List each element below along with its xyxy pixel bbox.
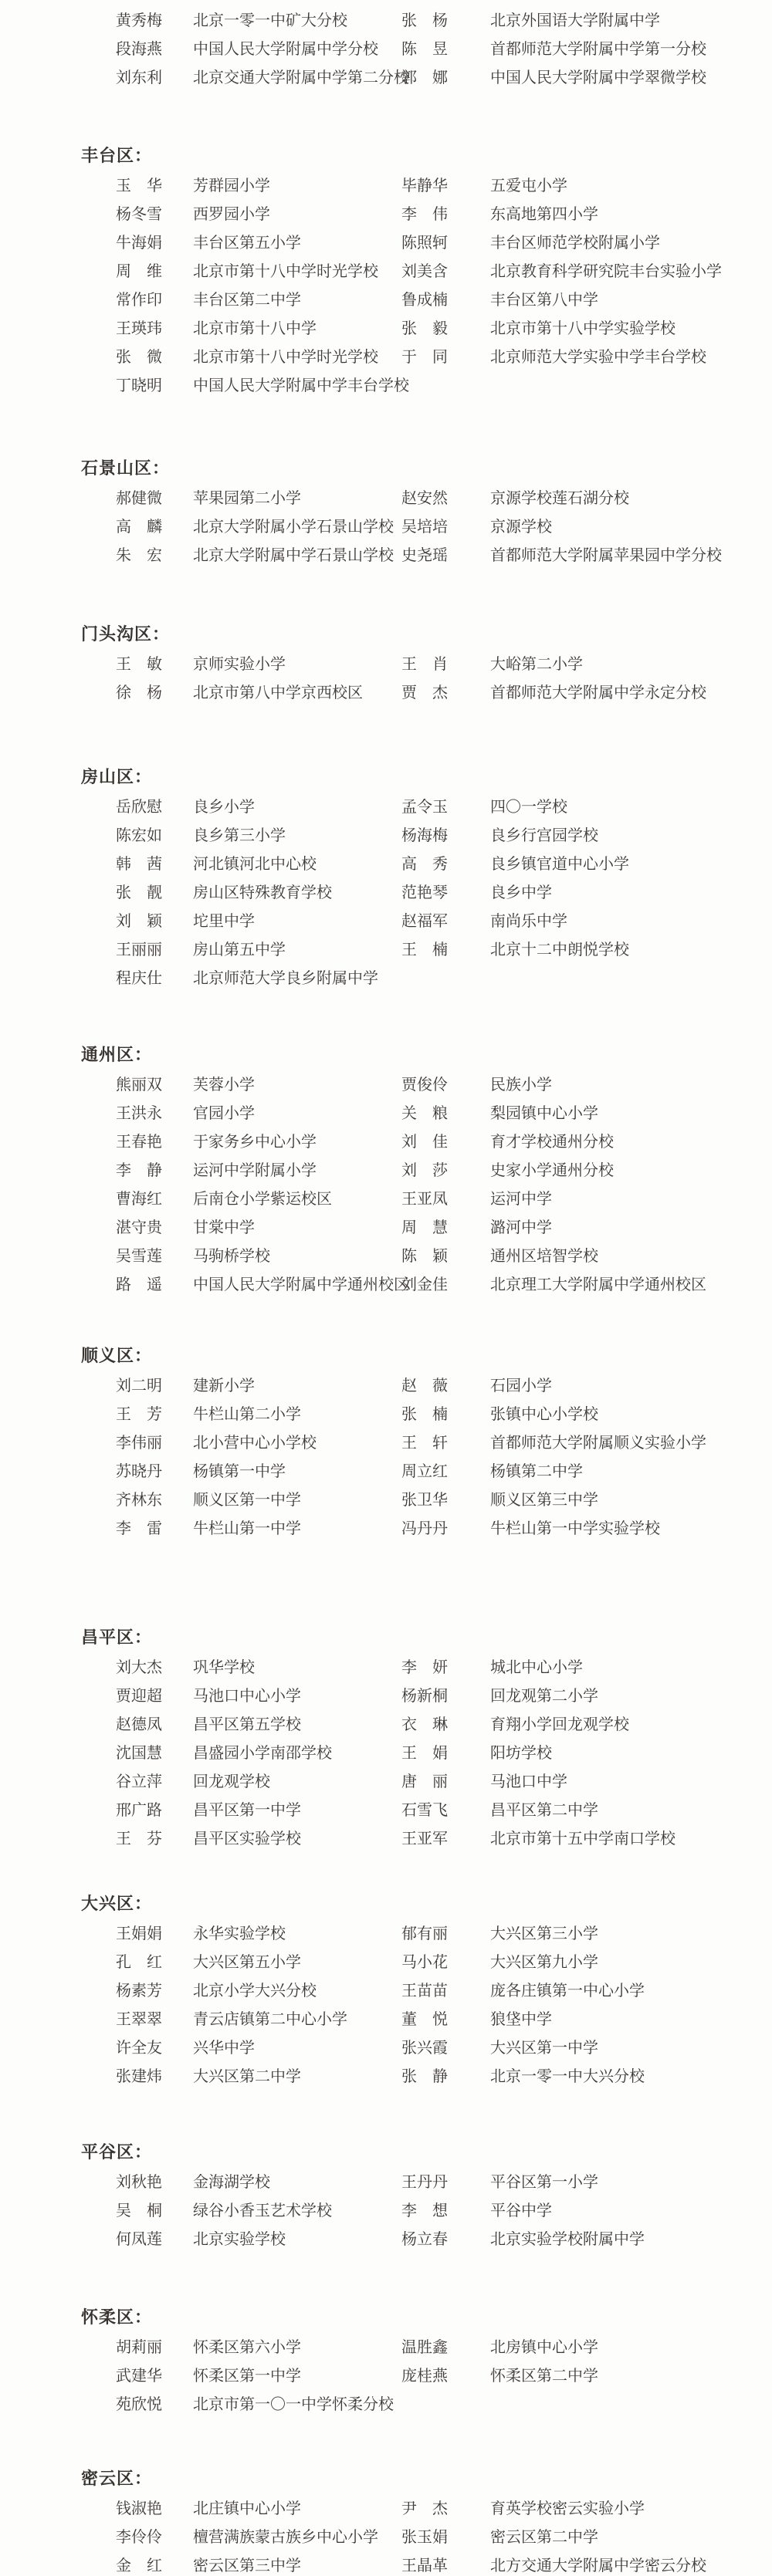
teacher-name-left: 刘 颖: [116, 907, 162, 935]
table-row: 丁晓明 中国人民大学附属中学丰台学校: [0, 371, 772, 400]
school-name-right: 昌平区第二中学: [490, 1796, 598, 1824]
teacher-name-left: 王春艳: [116, 1127, 162, 1156]
table-row: 金 红 密云区第三中学 王晶革 北方交通大学附属中学密云分校: [0, 2551, 772, 2576]
table-row: 贾迎超 马池口中心小学 杨新桐 回龙观第二小学: [0, 1682, 772, 1710]
teacher-name-left: 王瑛玮: [116, 314, 162, 343]
school-name-right: 北京一零一中大兴分校: [490, 2062, 645, 2091]
teacher-name-left: 岳欣慰: [116, 793, 162, 821]
teacher-name-left: 吴雪莲: [116, 1242, 162, 1270]
school-name-left: 建新小学: [193, 1371, 255, 1400]
district-section: 房山区： 岳欣慰 良乡小学 孟令玉 四〇一学校 陈宏如 良乡第三小学 杨海梅 良…: [0, 764, 772, 992]
school-name-right: 首都师范大学附属中学第一分校: [490, 35, 706, 63]
school-name-left: 昌平区实验学校: [193, 1824, 301, 1853]
school-name-right: 东高地第四小学: [490, 200, 598, 228]
table-row: 邢广路 昌平区第一中学 石雪飞 昌平区第二中学: [0, 1796, 772, 1824]
school-name-right: 中国人民大学附属中学翠微学校: [490, 63, 706, 92]
table-row: 吴雪莲 马驹桥学校 陈 颖 通州区培智学校: [0, 1242, 772, 1270]
teacher-name-right: 李 妍: [401, 1653, 448, 1682]
teacher-name-left: 王翠翠: [116, 2005, 162, 2033]
teacher-name-left: 陈宏如: [116, 821, 162, 850]
teacher-name-right: 王 肖: [401, 650, 448, 678]
teacher-name-right: 贾俊伶: [401, 1070, 448, 1099]
teacher-name-right: 张 毅: [401, 314, 448, 343]
table-row: 张建炜 大兴区第二中学 张 静 北京一零一中大兴分校: [0, 2062, 772, 2091]
school-name-right: 大兴区第九小学: [490, 1948, 598, 1976]
teacher-name-left: 程庆仕: [116, 964, 162, 992]
teacher-name-left: 刘大杰: [116, 1653, 162, 1682]
table-row: 曹海红 后南仓小学紫运校区 王亚凤 运河中学: [0, 1185, 772, 1213]
district-header: 大兴区：: [81, 1891, 772, 1919]
teacher-name-left: 齐林东: [116, 1486, 162, 1514]
school-name-right: 大兴区第三小学: [490, 1919, 598, 1948]
school-name-right: 首都师范大学附属顺义实验小学: [490, 1428, 706, 1457]
school-name-left: 北京市第十八中学时光学校: [193, 257, 378, 286]
school-name-right: 民族小学: [490, 1070, 552, 1099]
table-row: 徐 杨 北京市第八中学京西校区 贾 杰 首都师范大学附属中学永定分校: [0, 678, 772, 707]
school-name-right: 北京实验学校附属中学: [490, 2225, 645, 2253]
district-rows: 黄秀梅 北京一零一中矿大分校 张 杨 北京外国语大学附属中学 段海燕 中国人民大…: [0, 6, 772, 92]
school-name-right: 张镇中心小学校: [490, 1400, 598, 1428]
table-row: 何凤莲 北京实验学校 杨立春 北京实验学校附属中学: [0, 2225, 772, 2253]
district-rows: 王娟娟 永华实验学校 郁有丽 大兴区第三小学 孔 红 大兴区第五小学 马小花 大…: [0, 1919, 772, 2091]
teacher-name-left: 湛守贵: [116, 1213, 162, 1242]
school-name-left: 大兴区第二中学: [193, 2062, 301, 2091]
table-row: 王 芳 牛栏山第二小学 张 楠 张镇中心小学校: [0, 1400, 772, 1428]
table-row: 李 静 运河中学附属小学 刘 莎 史家小学通州分校: [0, 1156, 772, 1185]
table-row: 黄秀梅 北京一零一中矿大分校 张 杨 北京外国语大学附属中学: [0, 6, 772, 35]
school-name-right: 北京市第十八中学实验学校: [490, 314, 675, 343]
teacher-name-right: 刘 佳: [401, 1127, 448, 1156]
district-header: 丰台区：: [81, 143, 772, 171]
teacher-name-left: 王娟娟: [116, 1919, 162, 1948]
teacher-name-left: 刘二明: [116, 1371, 162, 1400]
teacher-name-left: 张建炜: [116, 2062, 162, 2091]
school-name-right: 潞河中学: [490, 1213, 552, 1242]
school-name-right: 庞各庄镇第一中心小学: [490, 1976, 645, 2005]
table-row: 岳欣慰 良乡小学 孟令玉 四〇一学校: [0, 793, 772, 821]
teacher-name-right: 王亚军: [401, 1824, 448, 1853]
school-name-left: 丰台区第二中学: [193, 286, 301, 314]
district-rows: 刘二明 建新小学 赵 薇 石园小学 王 芳 牛栏山第二小学 张 楠 张镇中心小学…: [0, 1371, 772, 1543]
table-row: 陈宏如 良乡第三小学 杨海梅 良乡行宫园学校: [0, 821, 772, 850]
school-name-left: 昌平区第五学校: [193, 1710, 301, 1739]
school-name-left: 于家务乡中心小学: [193, 1127, 317, 1156]
school-name-right: 运河中学: [490, 1185, 552, 1213]
school-name-left: 苹果园第二小学: [193, 484, 301, 512]
school-name-right: 怀柔区第二中学: [490, 2361, 598, 2390]
school-name-left: 青云店镇第二中心小学: [193, 2005, 347, 2033]
teacher-name-left: 郝健微: [116, 484, 162, 512]
district-header: 石景山区：: [81, 455, 772, 484]
teacher-name-left: 张 靓: [116, 878, 162, 907]
school-name-right: 杨镇第二中学: [490, 1457, 583, 1486]
teacher-name-left: 李 雷: [116, 1514, 162, 1543]
table-row: 李伟丽 北小营中心小学校 王 轩 首都师范大学附属顺义实验小学: [0, 1428, 772, 1457]
teacher-name-left: 王 敏: [116, 650, 162, 678]
teacher-name-right: 刘美含: [401, 257, 448, 286]
school-name-left: 西罗园小学: [193, 200, 270, 228]
school-name-right: 良乡行宫园学校: [490, 821, 598, 850]
school-name-left: 中国人民大学附属中学通州校区: [193, 1270, 409, 1299]
teacher-name-left: 钱淑艳: [116, 2494, 162, 2523]
teacher-name-right: 董 悦: [401, 2005, 448, 2033]
teacher-name-left: 李伶伶: [116, 2523, 162, 2551]
table-row: 湛守贵 甘棠中学 周 慧 潞河中学: [0, 1213, 772, 1242]
teacher-name-left: 吴 桐: [116, 2196, 162, 2225]
teacher-name-right: 孟令玉: [401, 793, 448, 821]
teacher-name-right: 杨海梅: [401, 821, 448, 850]
table-row: 苏晓丹 杨镇第一中学 周立红 杨镇第二中学: [0, 1457, 772, 1486]
district-section: 大兴区： 王娟娟 永华实验学校 郁有丽 大兴区第三小学 孔 红 大兴区第五小学 …: [0, 1891, 772, 2091]
district-header: 怀柔区：: [81, 2304, 772, 2333]
teacher-name-left: 丁晓明: [116, 371, 162, 400]
school-name-right: 马池口中学: [490, 1767, 567, 1796]
school-name-right: 平谷区第一小学: [490, 2168, 598, 2196]
school-name-left: 北京大学附属小学石景山学校: [193, 512, 394, 541]
district-rows: 郝健微 苹果园第二小学 赵安然 京源学校莲石湖分校 高 麟 北京大学附属小学石景…: [0, 484, 772, 570]
table-row: 王丽丽 房山第五中学 王 楠 北京十二中朗悦学校: [0, 935, 772, 964]
teacher-name-left: 贾迎超: [116, 1682, 162, 1710]
table-row: 朱 宏 北京大学附属中学石景山学校 史尧瑶 首都师范大学附属苹果园中学分校: [0, 541, 772, 570]
teacher-name-left: 王洪永: [116, 1099, 162, 1127]
school-name-right: 育英学校密云实验小学: [490, 2494, 645, 2523]
school-name-right: 北方交通大学附属中学密云分校: [490, 2551, 706, 2576]
teacher-name-left: 王 芳: [116, 1400, 162, 1428]
table-row: 刘秋艳 金海湖学校 王丹丹 平谷区第一小学: [0, 2168, 772, 2196]
teacher-name-right: 于 同: [401, 343, 448, 371]
table-row: 张 靓 房山区特殊教育学校 范艳琴 良乡中学: [0, 878, 772, 907]
teacher-name-left: 玉 华: [116, 171, 162, 200]
teacher-name-left: 徐 杨: [116, 678, 162, 707]
district-rows: 王 敏 京师实验小学 王 肖 大峪第二小学 徐 杨 北京市第八中学京西校区 贾 …: [0, 650, 772, 707]
teacher-name-left: 武建华: [116, 2361, 162, 2390]
district-header: 门头沟区：: [81, 621, 772, 650]
teacher-name-right: 张 楠: [401, 1400, 448, 1428]
district-rows: 钱淑艳 北庄镇中心小学 尹 杰 育英学校密云实验小学 李伶伶 檀营满族蒙古族乡中…: [0, 2494, 772, 2576]
district-section: 丰台区： 玉 华 芳群园小学 毕静华 五爱屯小学 杨冬雪 西罗园小学 李 伟 东…: [0, 143, 772, 400]
table-row: 武建华 怀柔区第一中学 庞桂燕 怀柔区第二中学: [0, 2361, 772, 2390]
school-name-right: 首都师范大学附属中学永定分校: [490, 678, 706, 707]
school-name-right: 北京外国语大学附属中学: [490, 6, 660, 35]
teacher-name-right: 衣 琳: [401, 1710, 448, 1739]
teacher-name-left: 李伟丽: [116, 1428, 162, 1457]
district-rows: 岳欣慰 良乡小学 孟令玉 四〇一学校 陈宏如 良乡第三小学 杨海梅 良乡行宫园学…: [0, 793, 772, 992]
school-name-left: 绿谷小香玉艺术学校: [193, 2196, 332, 2225]
teacher-name-right: 石雪飞: [401, 1796, 448, 1824]
teacher-name-right: 范艳琴: [401, 878, 448, 907]
table-row: 王春艳 于家务乡中心小学 刘 佳 育才学校通州分校: [0, 1127, 772, 1156]
teacher-name-right: 张 杨: [401, 6, 448, 35]
table-row: 谷立萍 回龙观学校 唐 丽 马池口中学: [0, 1767, 772, 1796]
table-row: 刘 颖 坨里中学 赵福军 南尚乐中学: [0, 907, 772, 935]
school-name-left: 芙蓉小学: [193, 1070, 255, 1099]
district-header: 房山区：: [81, 764, 772, 793]
teacher-name-right: 张卫华: [401, 1486, 448, 1514]
school-name-left: 北京市第十八中学时光学校: [193, 343, 378, 371]
school-name-right: 史家小学通州分校: [490, 1156, 614, 1185]
teacher-name-left: 赵德凤: [116, 1710, 162, 1739]
teacher-name-left: 何凤莲: [116, 2225, 162, 2253]
table-row: 路 遥 中国人民大学附属中学通州校区 刘金佳 北京理工大学附属中学通州校区: [0, 1270, 772, 1299]
school-name-left: 芳群园小学: [193, 171, 270, 200]
teacher-name-right: 王 娟: [401, 1739, 448, 1767]
school-name-left: 马池口中心小学: [193, 1682, 301, 1710]
teacher-name-left: 王丽丽: [116, 935, 162, 964]
school-name-left: 良乡小学: [193, 793, 255, 821]
school-name-left: 怀柔区第六小学: [193, 2333, 301, 2361]
teacher-name-left: 杨冬雪: [116, 200, 162, 228]
school-name-left: 北京市第十八中学: [193, 314, 317, 343]
school-name-left: 房山第五中学: [193, 935, 286, 964]
table-row: 程庆仕 北京师范大学良乡附属中学: [0, 964, 772, 992]
school-name-left: 北京交通大学附属中学第二分校: [193, 63, 409, 92]
school-name-right: 平谷中学: [490, 2196, 552, 2225]
table-row: 熊丽双 芙蓉小学 贾俊伶 民族小学: [0, 1070, 772, 1099]
school-name-right: 通州区培智学校: [490, 1242, 598, 1270]
school-name-left: 房山区特殊教育学校: [193, 878, 332, 907]
district-rows: 玉 华 芳群园小学 毕静华 五爱屯小学 杨冬雪 西罗园小学 李 伟 东高地第四小…: [0, 171, 772, 400]
teacher-name-right: 李 伟: [401, 200, 448, 228]
table-row: 常作印 丰台区第二中学 鲁成楠 丰台区第八中学: [0, 286, 772, 314]
school-name-left: 檀营满族蒙古族乡中心小学: [193, 2523, 378, 2551]
table-row: 李 雷 牛栏山第一中学 冯丹丹 牛栏山第一中学实验学校: [0, 1514, 772, 1543]
teacher-name-right: 冯丹丹: [401, 1514, 448, 1543]
school-name-right: 良乡镇官道中心小学: [490, 850, 629, 878]
school-name-right: 南尚乐中学: [490, 907, 567, 935]
teacher-name-right: 张兴霞: [401, 2033, 448, 2062]
teacher-name-left: 牛海娟: [116, 228, 162, 257]
teacher-name-left: 曹海红: [116, 1185, 162, 1213]
school-name-right: 育翔小学回龙观学校: [490, 1710, 629, 1739]
school-name-right: 北京教育科学研究院丰台实验小学: [490, 257, 722, 286]
school-name-right: 丰台区第八中学: [490, 286, 598, 314]
table-row: 张 微 北京市第十八中学时光学校 于 同 北京师范大学实验中学丰台学校: [0, 343, 772, 371]
teacher-name-left: 黄秀梅: [116, 6, 162, 35]
district-header: 平谷区：: [81, 2139, 772, 2168]
school-name-left: 北京小学大兴分校: [193, 1976, 317, 2005]
school-name-right: 北房镇中心小学: [490, 2333, 598, 2361]
school-name-left: 后南仓小学紫运校区: [193, 1185, 332, 1213]
teacher-name-left: 杨素芳: [116, 1976, 162, 2005]
school-name-left: 北京师范大学良乡附属中学: [193, 964, 378, 992]
teacher-name-left: 朱 宏: [116, 541, 162, 570]
school-name-left: 永华实验学校: [193, 1919, 286, 1948]
teacher-name-left: 刘东利: [116, 63, 162, 92]
district-rows: 胡莉丽 怀柔区第六小学 温胜鑫 北房镇中心小学 武建华 怀柔区第一中学 庞桂燕 …: [0, 2333, 772, 2419]
school-name-right: 石园小学: [490, 1371, 552, 1400]
school-name-left: 昌平区第一中学: [193, 1796, 301, 1824]
teacher-name-right: 刘金佳: [401, 1270, 448, 1299]
school-name-right: 四〇一学校: [490, 793, 567, 821]
teacher-name-right: 张玉娟: [401, 2523, 448, 2551]
district-header: 顺义区：: [81, 1343, 772, 1371]
school-name-right: 北京市第十五中学南口学校: [490, 1824, 675, 1853]
teacher-name-right: 李 想: [401, 2196, 448, 2225]
school-name-left: 甘棠中学: [193, 1213, 255, 1242]
table-row: 郝健微 苹果园第二小学 赵安然 京源学校莲石湖分校: [0, 484, 772, 512]
document-page: 黄秀梅 北京一零一中矿大分校 张 杨 北京外国语大学附属中学 段海燕 中国人民大…: [0, 0, 772, 2576]
school-name-left: 京师实验小学: [193, 650, 286, 678]
teacher-name-right: 郁有丽: [401, 1919, 448, 1948]
teacher-name-left: 胡莉丽: [116, 2333, 162, 2361]
school-name-left: 牛栏山第二小学: [193, 1400, 301, 1428]
table-row: 王娟娟 永华实验学校 郁有丽 大兴区第三小学: [0, 1919, 772, 1948]
teacher-name-right: 鲁成楠: [401, 286, 448, 314]
school-name-right: 五爱屯小学: [490, 171, 567, 200]
teacher-name-right: 陈 颖: [401, 1242, 448, 1270]
school-name-left: 马驹桥学校: [193, 1242, 270, 1270]
district-rows: 熊丽双 芙蓉小学 贾俊伶 民族小学 王洪永 官园小学 关 粮 梨园镇中心小学 王…: [0, 1070, 772, 1299]
teacher-name-right: 毕静华: [401, 171, 448, 200]
teacher-name-left: 周 维: [116, 257, 162, 286]
table-row: 钱淑艳 北庄镇中心小学 尹 杰 育英学校密云实验小学: [0, 2494, 772, 2523]
teacher-name-right: 刘 莎: [401, 1156, 448, 1185]
teacher-name-right: 王晶革: [401, 2551, 448, 2576]
school-name-left: 杨镇第一中学: [193, 1457, 286, 1486]
table-row: 王瑛玮 北京市第十八中学 张 毅 北京市第十八中学实验学校: [0, 314, 772, 343]
school-name-left: 北庄镇中心小学: [193, 2494, 301, 2523]
teacher-name-left: 金 红: [116, 2551, 162, 2576]
school-name-left: 官园小学: [193, 1099, 255, 1127]
table-row: 段海燕 中国人民大学附属中学分校 陈 昱 首都师范大学附属中学第一分校: [0, 35, 772, 63]
school-name-right: 回龙观第二小学: [490, 1682, 598, 1710]
table-row: 杨冬雪 西罗园小学 李 伟 东高地第四小学: [0, 200, 772, 228]
school-name-left: 回龙观学校: [193, 1767, 270, 1796]
table-row: 杨素芳 北京小学大兴分校 王苗苗 庞各庄镇第一中心小学: [0, 1976, 772, 2005]
school-name-right: 大兴区第一中学: [490, 2033, 598, 2062]
teacher-name-left: 沈国慧: [116, 1739, 162, 1767]
table-row: 胡莉丽 怀柔区第六小学 温胜鑫 北房镇中心小学: [0, 2333, 772, 2361]
teacher-name-right: 史尧瑶: [401, 541, 448, 570]
school-name-right: 密云区第二中学: [490, 2523, 598, 2551]
district-section: 门头沟区： 王 敏 京师实验小学 王 肖 大峪第二小学 徐 杨 北京市第八中学京…: [0, 621, 772, 707]
district-header: 通州区：: [81, 1042, 772, 1070]
teacher-name-left: 邢广路: [116, 1796, 162, 1824]
school-name-left: 大兴区第五小学: [193, 1948, 301, 1976]
table-row: 高 麟 北京大学附属小学石景山学校 吴培培 京源学校: [0, 512, 772, 541]
school-name-left: 昌盛园小学南邵学校: [193, 1739, 332, 1767]
teacher-name-left: 许全友: [116, 2033, 162, 2062]
teacher-name-left: 常作印: [116, 286, 162, 314]
table-row: 吴 桐 绿谷小香玉艺术学校 李 想 平谷中学: [0, 2196, 772, 2225]
teacher-name-right: 温胜鑫: [401, 2333, 448, 2361]
table-row: 刘二明 建新小学 赵 薇 石园小学: [0, 1371, 772, 1400]
table-row: 王 敏 京师实验小学 王 肖 大峪第二小学: [0, 650, 772, 678]
school-name-right: 良乡中学: [490, 878, 552, 907]
teacher-name-right: 唐 丽: [401, 1767, 448, 1796]
school-name-right: 狼垡中学: [490, 2005, 552, 2033]
teacher-name-right: 庞桂燕: [401, 2361, 448, 2390]
school-name-right: 阳坊学校: [490, 1739, 552, 1767]
school-name-right: 京源学校莲石湖分校: [490, 484, 629, 512]
teacher-name-right: 王亚凤: [401, 1185, 448, 1213]
teacher-name-right: 杨新桐: [401, 1682, 448, 1710]
school-name-right: 梨园镇中心小学: [490, 1099, 598, 1127]
teacher-name-right: 尹 杰: [401, 2494, 448, 2523]
teacher-name-right: 周 慧: [401, 1213, 448, 1242]
teacher-name-left: 苑欣悦: [116, 2390, 162, 2419]
school-name-right: 北京十二中朗悦学校: [490, 935, 629, 964]
school-name-left: 北京市第一〇一中学怀柔分校: [193, 2390, 394, 2419]
table-row: 王洪永 官园小学 关 粮 梨园镇中心小学: [0, 1099, 772, 1127]
teacher-name-right: 关 粮: [401, 1099, 448, 1127]
school-name-right: 城北中心小学: [490, 1653, 583, 1682]
district-header: 密云区：: [81, 2466, 772, 2494]
school-name-left: 北京大学附属中学石景山学校: [193, 541, 394, 570]
school-name-right: 育才学校通州分校: [490, 1127, 614, 1156]
table-row: 沈国慧 昌盛园小学南邵学校 王 娟 阳坊学校: [0, 1739, 772, 1767]
school-name-right: 京源学校: [490, 512, 552, 541]
school-name-right: 牛栏山第一中学实验学校: [490, 1514, 660, 1543]
district-section: 黄秀梅 北京一零一中矿大分校 张 杨 北京外国语大学附属中学 段海燕 中国人民大…: [0, 6, 772, 92]
school-name-right: 丰台区师范学校附属小学: [490, 228, 660, 257]
school-name-right: 大峪第二小学: [490, 650, 583, 678]
teacher-name-left: 张 微: [116, 343, 162, 371]
teacher-name-left: 高 麟: [116, 512, 162, 541]
table-row: 玉 华 芳群园小学 毕静华 五爱屯小学: [0, 171, 772, 200]
school-name-right: 北京理工大学附属中学通州校区: [490, 1270, 706, 1299]
teacher-name-right: 吴培培: [401, 512, 448, 541]
teacher-name-right: 高 秀: [401, 850, 448, 878]
table-row: 刘大杰 巩华学校 李 妍 城北中心小学: [0, 1653, 772, 1682]
district-section: 顺义区： 刘二明 建新小学 赵 薇 石园小学 王 芳 牛栏山第二小学 张 楠 张…: [0, 1343, 772, 1543]
teacher-name-left: 苏晓丹: [116, 1457, 162, 1486]
school-name-left: 怀柔区第一中学: [193, 2361, 301, 2390]
school-name-left: 兴华中学: [193, 2033, 255, 2062]
school-name-right: 顺义区第三中学: [490, 1486, 598, 1514]
teacher-name-right: 陈 昱: [401, 35, 448, 63]
district-section: 密云区： 钱淑艳 北庄镇中心小学 尹 杰 育英学校密云实验小学 李伶伶 檀营满族…: [0, 2466, 772, 2576]
table-row: 王 芬 昌平区实验学校 王亚军 北京市第十五中学南口学校: [0, 1824, 772, 1853]
table-row: 孔 红 大兴区第五小学 马小花 大兴区第九小学: [0, 1948, 772, 1976]
teacher-name-left: 韩 茜: [116, 850, 162, 878]
teacher-name-right: 周立红: [401, 1457, 448, 1486]
district-section: 平谷区： 刘秋艳 金海湖学校 王丹丹 平谷区第一小学 吴 桐 绿谷小香玉艺术学校…: [0, 2139, 772, 2253]
district-section: 怀柔区： 胡莉丽 怀柔区第六小学 温胜鑫 北房镇中心小学 武建华 怀柔区第一中学…: [0, 2304, 772, 2419]
school-name-left: 中国人民大学附属中学分校: [193, 35, 378, 63]
district-section: 昌平区： 刘大杰 巩华学校 李 妍 城北中心小学 贾迎超 马池口中心小学 杨新桐…: [0, 1624, 772, 1853]
teacher-name-right: 贾 杰: [401, 678, 448, 707]
school-name-right: 北京师范大学实验中学丰台学校: [490, 343, 706, 371]
school-name-left: 顺义区第一中学: [193, 1486, 301, 1514]
table-row: 周 维 北京市第十八中学时光学校 刘美含 北京教育科学研究院丰台实验小学: [0, 257, 772, 286]
teacher-name-left: 段海燕: [116, 35, 162, 63]
school-name-right: 首都师范大学附属苹果园中学分校: [490, 541, 722, 570]
school-name-left: 北京市第八中学京西校区: [193, 678, 363, 707]
school-name-left: 巩华学校: [193, 1653, 255, 1682]
teacher-name-right: 赵安然: [401, 484, 448, 512]
table-row: 刘东利 北京交通大学附属中学第二分校 郭 娜 中国人民大学附属中学翠微学校: [0, 63, 772, 92]
teacher-name-right: 王丹丹: [401, 2168, 448, 2196]
teacher-name-right: 马小花: [401, 1948, 448, 1976]
teacher-name-right: 赵 薇: [401, 1371, 448, 1400]
teacher-name-left: 李 静: [116, 1156, 162, 1185]
teacher-name-left: 孔 红: [116, 1948, 162, 1976]
teacher-name-left: 路 遥: [116, 1270, 162, 1299]
teacher-name-left: 谷立萍: [116, 1767, 162, 1796]
school-name-left: 北京一零一中矿大分校: [193, 6, 347, 35]
teacher-name-right: 陈照轲: [401, 228, 448, 257]
table-row: 许全友 兴华中学 张兴霞 大兴区第一中学: [0, 2033, 772, 2062]
school-name-left: 河北镇河北中心校: [193, 850, 317, 878]
school-name-left: 北小营中心小学校: [193, 1428, 317, 1457]
school-name-left: 坨里中学: [193, 907, 255, 935]
district-section: 石景山区： 郝健微 苹果园第二小学 赵安然 京源学校莲石湖分校 高 麟 北京大学…: [0, 455, 772, 570]
teacher-name-left: 王 芬: [116, 1824, 162, 1853]
school-name-left: 良乡第三小学: [193, 821, 286, 850]
school-name-left: 金海湖学校: [193, 2168, 270, 2196]
school-name-left: 中国人民大学附属中学丰台学校: [193, 371, 409, 400]
